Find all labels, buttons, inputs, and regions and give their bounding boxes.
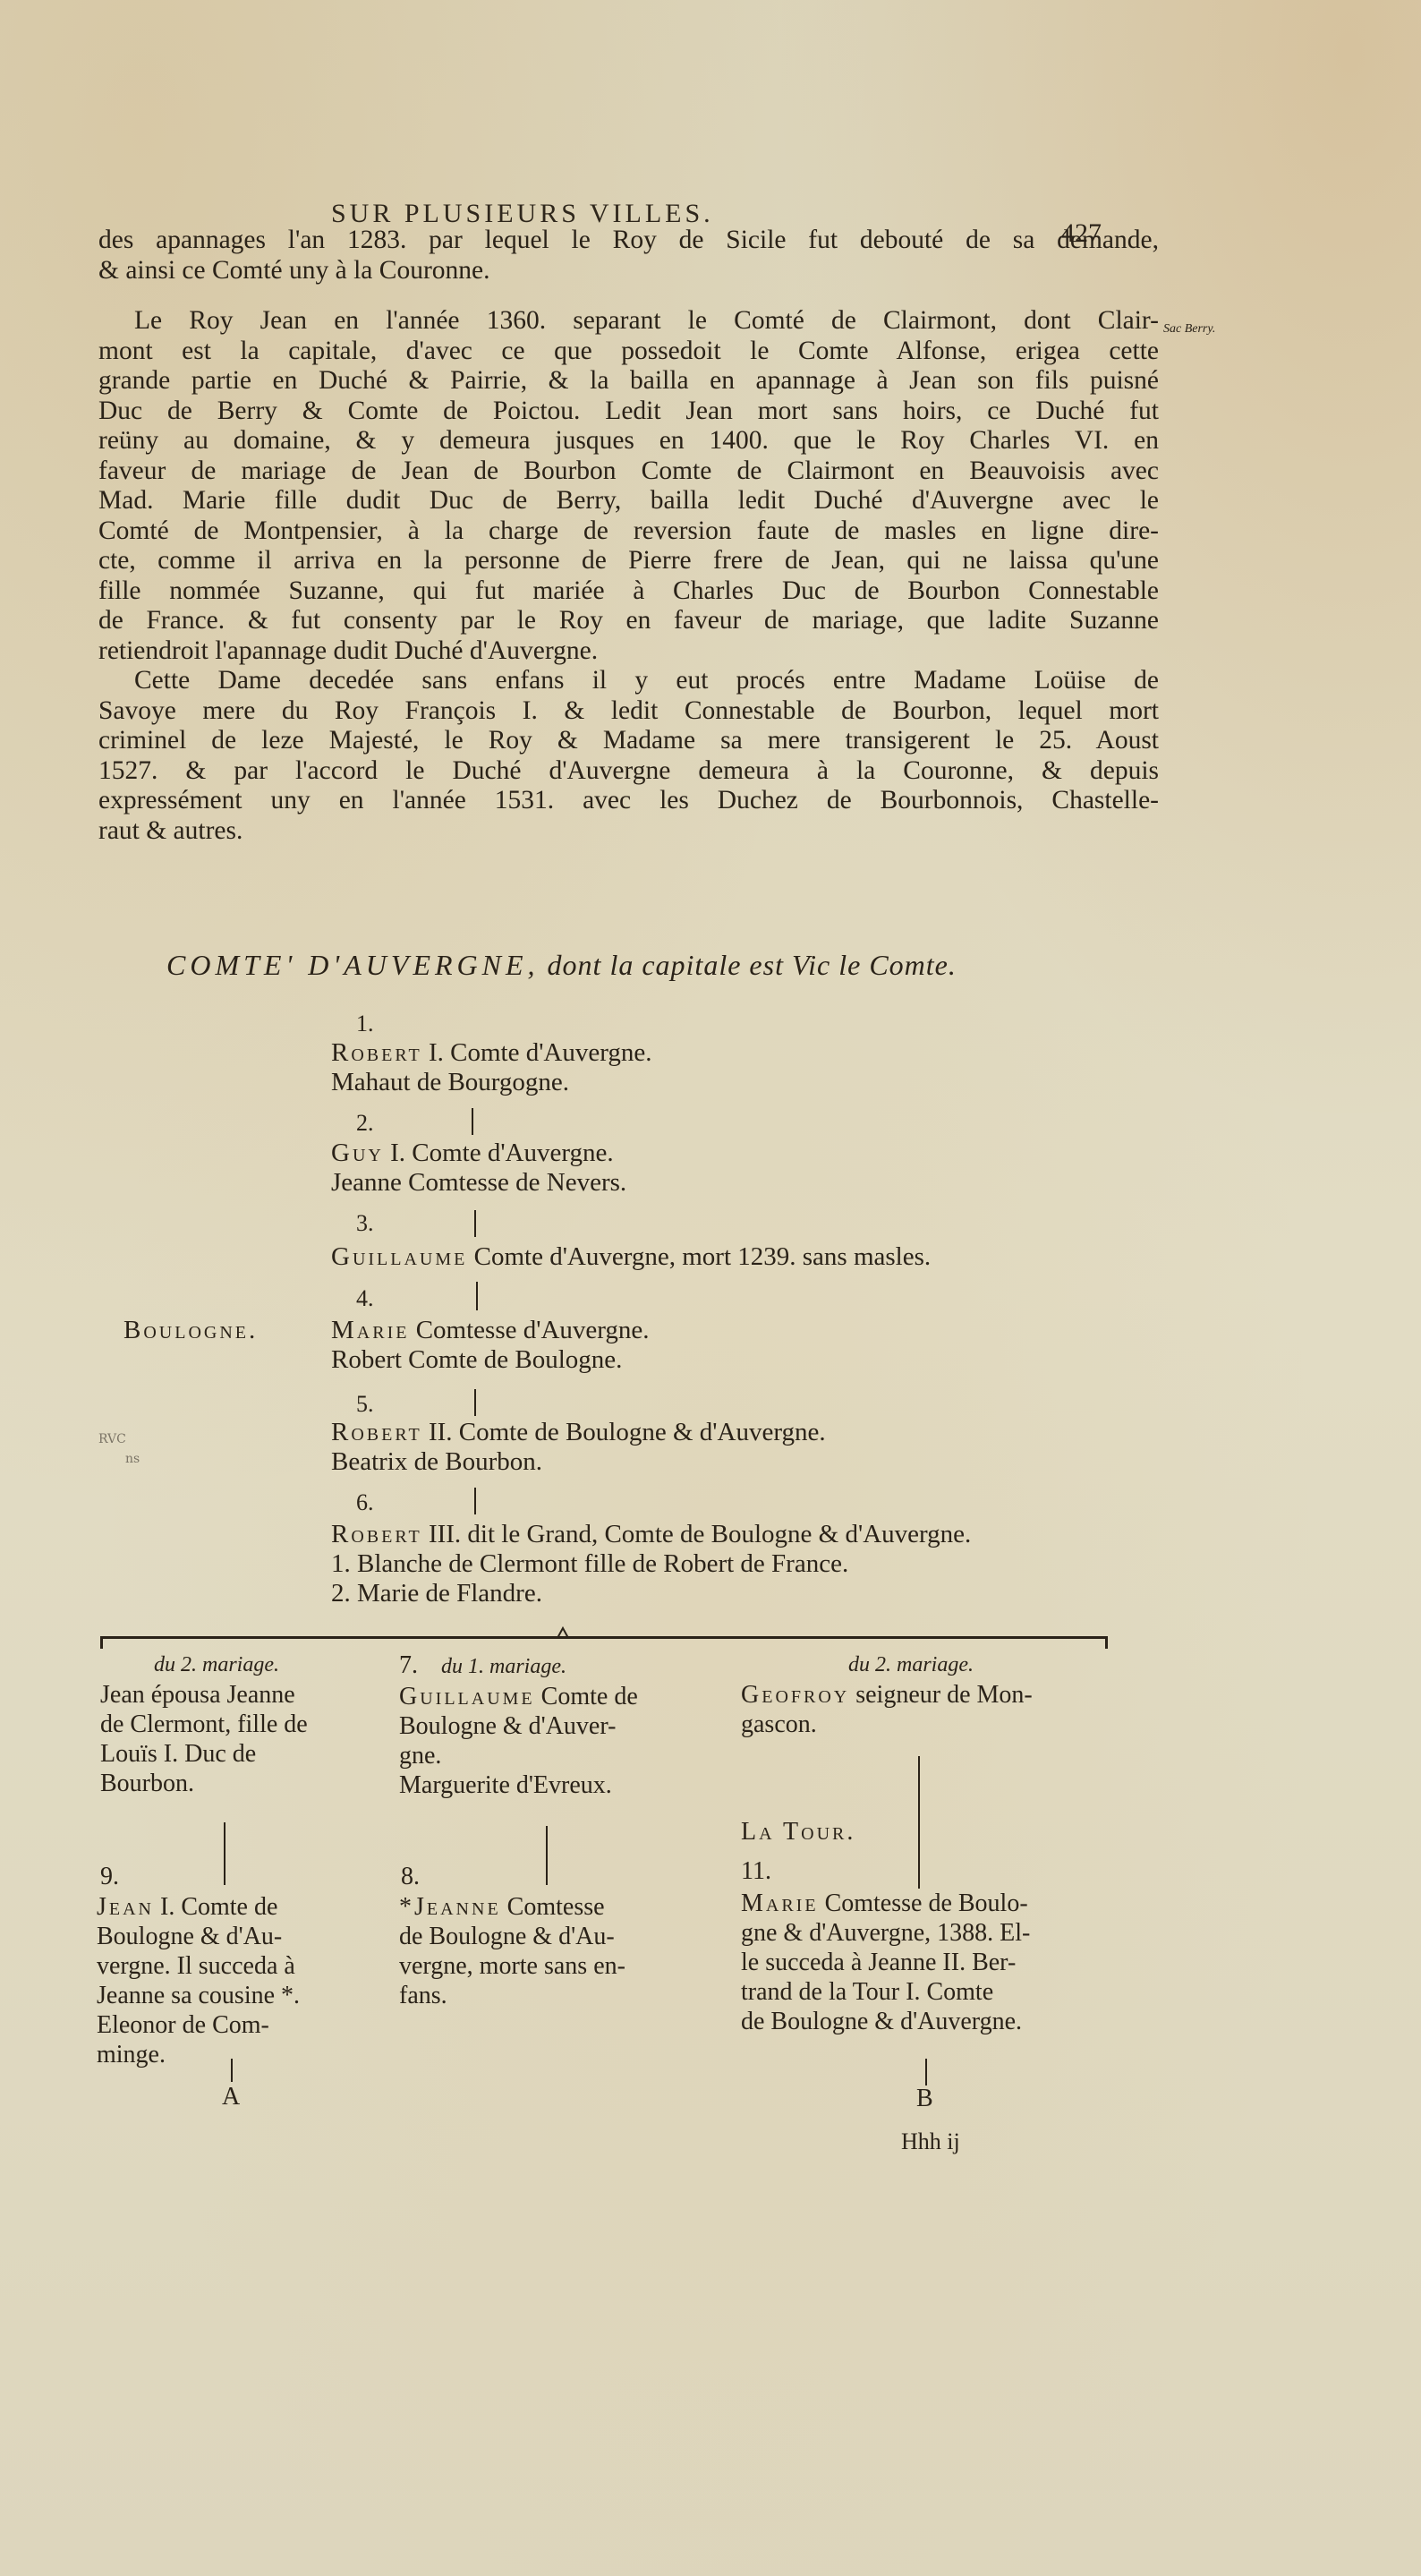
genealogy-entry-6: Robert III. dit le Grand, Comte de Boulo… [331,1520,971,1608]
text-line: Duc de Berry & Comte de Poictou. Ledit J… [98,397,1159,427]
text-line: retiendroit l'apannage dudit Duché d'Auv… [98,636,1159,667]
spouse: 1. Blanche de Clermont fille de Robert d… [331,1549,848,1578]
branch-3-child: Marie Comtesse de Boulo- gne & d'Auvergn… [741,1889,1117,2036]
gen-number: 8. [401,1862,420,1891]
marriage-label: du 2. mariage. [100,1651,396,1680]
text-line: cte, comme il arriva en la personne de P… [98,546,1159,576]
continuation-marker-b: B [916,2084,933,2113]
branch-column-3: du 2. mariage. Geofroy seigneur de Mon- … [741,1651,1117,1739]
text-line: fille nommée Suzanne, qui fut mariée à C… [98,576,1159,607]
text-line: & ainsi ce Comté uny à la Couronne. [98,256,1159,286]
text-line: Le Roy Jean en l'année 1360. separant le… [98,306,1159,337]
descent-line [474,1210,476,1237]
margin-note: Sac Berry. [1163,322,1215,337]
gen-number: 9. [100,1862,119,1891]
side-label: Boulogne. [123,1316,258,1345]
bracket-peak-icon [557,1626,569,1639]
descent-line [476,1282,478,1310]
text-line: expressément uny en l'année 1531. avec l… [98,786,1159,816]
library-stamp: RVCns [98,1429,140,1469]
person-name: Geofroy [741,1681,849,1709]
spouse: 2. Marie de Flandre. [331,1579,542,1608]
gen-number: 3. [356,1208,374,1238]
branch-column-2: 7.du 1. mariage. Guillaume Comte de Boul… [399,1651,703,1800]
genealogy-entry-2: Guy I. Comte d'Auvergne. Jeanne Comtesse… [331,1139,626,1198]
section-title-italic: dont la capitale est Vic le Comte. [548,949,957,981]
running-head: SUR PLUSIEURS VILLES. [331,199,714,229]
descent-line [925,2059,927,2086]
genealogy-entry-4: Marie Comtesse d'Auvergne. Robert Comte … [331,1316,650,1375]
person-name: *Jeanne [399,1893,501,1921]
text-line: Cette Dame decedée sans enfans il y eut … [98,666,1159,696]
spouse: Mahaut de Bourgogne. [331,1068,569,1096]
branch-2-child: *Jeanne Comtesse de Boulogne & d'Au- ver… [399,1892,703,2010]
descent-line [474,1488,476,1514]
person-name: Guy [331,1139,384,1167]
person-name: Marie [331,1316,409,1344]
text-line: de France. & fut consenty par le Roy en … [98,606,1159,636]
gen-number: 7. [399,1651,418,1679]
branch-1-child: Jean I. Comte de Boulogne & d'Au- vergne… [97,1892,392,2069]
branch-column-1: du 2. mariage. Jean épousa Jeanne de Cle… [100,1651,396,1798]
text-line: des apannages l'an 1283. par lequel le R… [98,226,1159,256]
text-line: reüny au domaine, & y demeura jusques en… [98,426,1159,456]
text-line: faveur de mariage de Jean de Bourbon Com… [98,456,1159,487]
person-name: Jean [97,1893,154,1921]
person-name: Guillaume [331,1242,467,1271]
person-name: Robert [331,1038,422,1067]
person-name: Robert [331,1418,422,1446]
text-line: Mad. Marie fille dudit Duc de Berry, bai… [98,486,1159,516]
continuation-marker-a: A [222,2082,240,2111]
genealogy-entry-1: Robert I. Comte d'Auvergne. Mahaut de Bo… [331,1038,651,1097]
marriage-label: du 2. mariage. [741,1651,1117,1680]
descent-line [918,1756,920,1889]
text-line: grande partie en Duché & Pairrie, & la b… [98,366,1159,397]
text-line: criminel de leze Majesté, le Roy & Madam… [98,726,1159,756]
branch-bracket [100,1636,1108,1650]
gen-number: 6. [356,1488,374,1517]
section-title: COMTE' D'AUVERGNE, dont la capitale est … [166,949,957,982]
gen-number: 2. [356,1108,374,1138]
signature-mark: Hhh ij [901,2128,960,2155]
spouse: Robert Comte de Boulogne. [331,1345,622,1374]
person-name: Guillaume [399,1683,535,1710]
text-line: mont est la capitale, d'avec ce que poss… [98,337,1159,367]
person-name: Marie [741,1889,819,1917]
text-line: Savoye mere du Roy François I. & ledit C… [98,696,1159,727]
person-name: Robert [331,1520,422,1548]
gen-number: 4. [356,1284,374,1313]
paragraph-2: Le Roy Jean en l'année 1360. separant le… [98,306,1159,666]
paragraph-3: Cette Dame decedée sans enfans il y eut … [98,666,1159,846]
marriage-label: du 1. mariage. [418,1655,566,1678]
spouse: Jeanne Comtesse de Nevers. [331,1168,626,1197]
section-title-caps: COMTE' D'AUVERGNE, [166,949,540,981]
descent-line [472,1108,473,1135]
genealogy-entry-5: Robert II. Comte de Boulogne & d'Auvergn… [331,1418,826,1477]
paragraph-1: des apannages l'an 1283. par lequel le R… [98,226,1159,286]
text-line: 1527. & par l'accord le Duché d'Auvergne… [98,756,1159,787]
gen-number: 5. [356,1389,374,1419]
gen-number: 1. [356,1009,374,1038]
side-label: La Tour. [741,1817,855,1847]
text-line: Comté de Montpensier, à la charge de rev… [98,516,1159,547]
descent-line [546,1826,548,1885]
descent-line [474,1389,476,1416]
descent-line [231,2059,233,2082]
descent-line [224,1822,225,1885]
text-line: raut & autres. [98,816,1159,847]
spouse: Beatrix de Bourbon. [331,1447,542,1476]
gen-number: 11. [741,1856,771,1886]
genealogy-entry-3: Guillaume Comte d'Auvergne, mort 1239. s… [331,1242,931,1272]
